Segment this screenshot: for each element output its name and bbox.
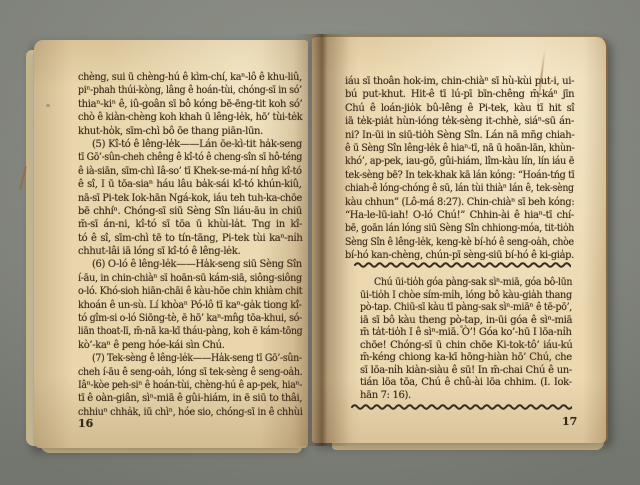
text-line: nā-sī Pi-tek Iok-hān Ngá-kok, iáu teh tu… bbox=[78, 192, 302, 205]
text-line: bú put-khut. Hit-ê tī lú-pī bīn-chêng m̄… bbox=[345, 88, 574, 101]
page-number-left: 16 bbox=[78, 417, 93, 430]
text-line: Iâⁿ-kòe peh-siⁿ ê hoán-tùi, chèng-hú ê a… bbox=[78, 379, 302, 392]
left-page: chèng, sui ū chèng-hú ê kìm-chí, kaⁿ-lô … bbox=[34, 40, 308, 448]
text-line: iáu sī thoân hok-im, chin-chiàⁿ sī hù-kù… bbox=[345, 75, 574, 88]
text-line: chōe! Chóng-sī ū chin chōe Ki-tok-tô’ iá… bbox=[360, 340, 572, 353]
left-page-text: chèng, sui ū chèng-hú ê kìm-chí, kaⁿ-lô … bbox=[78, 71, 302, 419]
text-line: o-ló. Khó-sioh hiān-chāi ê kàu-hōe chin … bbox=[78, 285, 302, 298]
text-line: kàu chhun” (Lô-má 8:27). Chin-chiàⁿ sī b… bbox=[345, 196, 574, 209]
text-line: (5) Kî-tó ê lêng-le̍k——Lán ōe-kì-tit ha̍… bbox=[78, 138, 302, 151]
text-line: Chú ê loán-jio̍k bû-lêng ê Pi-tek, kàu t… bbox=[345, 102, 574, 115]
text-line: tó ê sî, sīm-chì tē to tín-tāng, Pi-tek … bbox=[78, 232, 302, 245]
text-line: khut-ho̍k, sīm-chì bô ōe thang piān-lūn. bbox=[78, 125, 302, 138]
paragraph: (5) Kî-tó ê lêng-le̍k——Lán ōe-kì-tit ha̍… bbox=[78, 138, 302, 259]
paragraph: (6) O-ló ê lêng-le̍k——Ha̍k-seng siū Sèng… bbox=[78, 258, 302, 352]
page-number-right: 17 bbox=[562, 415, 577, 428]
text-line: í-āu, in chin-chiàⁿ sī hoān-sū kám-siā, … bbox=[78, 272, 302, 285]
text-line: “Ha-le-lū-iah! O-ló Chú!” Chhin-ài ê hia… bbox=[345, 209, 574, 222]
text-line: piⁿ-phah thúi-kòng, lâng ê hoán-tùi, chó… bbox=[78, 84, 302, 97]
right-page: iáu sī thoân hok-im, chin-chiàⁿ sī hù-kù… bbox=[312, 36, 608, 443]
text-line: bē, goān lán lóng siū Sèng Sîn chhiong-m… bbox=[345, 222, 574, 235]
text-line: Sèng Sîn ê lêng-le̍k, keng-kè bí-hó ê se… bbox=[345, 236, 574, 249]
text-line: m̄ ta̍t-tio̍h I ê sìⁿ-miā. Ò’! Góa ko’-h… bbox=[360, 327, 572, 340]
text-line: hān 7: 16). bbox=[360, 390, 572, 403]
text-line: m̄-sī án-ni, kî-tó sī tōa ū khùi-la̍t. T… bbox=[78, 218, 302, 231]
text-line: tī ê oàn-giân, sìⁿ-miā ê gûi-hiám, in ē … bbox=[78, 392, 302, 405]
text-line: ê ū Sèng Sîn lêng-le̍k ê hiaⁿ-tī, nā ū h… bbox=[345, 142, 574, 155]
text-line: bē chhíⁿ. Chóng-sī siū Sèng Sîn liáu-āu … bbox=[78, 205, 302, 218]
text-line: ūi-tio̍h I chòe sím-mi̍h, lóng bô kàu-gi… bbox=[360, 290, 572, 303]
text-line: (7) Tek-sèng ê lêng-le̍k——Ha̍k-seng tī G… bbox=[78, 352, 302, 365]
text-line: tó gîm-si o-ló Siōng-tè, ē hō’ kaⁿ-mn̂g … bbox=[78, 312, 302, 325]
text-line: ê ià-siān, sīm-chì Iâ-so’ tī Khek-se-má-… bbox=[78, 165, 302, 178]
text-line: kò’-kaⁿ ê peng hóe-kái sìn Chú. bbox=[78, 339, 302, 352]
text-line: pò-tap. Chiū-sī kàu tī pàng-sak sìⁿ-miāⁿ… bbox=[360, 302, 572, 315]
paper-speck bbox=[46, 104, 50, 107]
text-line: tek-sèng bē? In tek-khak kā lán kóng: “H… bbox=[345, 169, 574, 182]
text-line: chiah-ê lóng-chóng ê sū, lán tùi thiàⁿ l… bbox=[345, 182, 574, 195]
text-line: chhut-lâi iā lóng sī kî-tó ê lêng-le̍k. bbox=[78, 245, 302, 258]
paragraph: chèng, sui ū chèng-hú ê kìm-chí, kaⁿ-lô … bbox=[78, 71, 302, 138]
paragraph: iáu sī thoân hok-im, chin-chiàⁿ sī hù-kù… bbox=[345, 75, 574, 262]
text-line: thiaⁿ-kiⁿ ê, iû-goân sī bô kóng bē-ēng-t… bbox=[78, 98, 302, 111]
text-line: chhiuⁿ chha̍k, iū chìⁿ, hóe sio, chóng-s… bbox=[78, 406, 302, 419]
quote-block-text: Chú ūi-tio̍h góa pàng-sak sìⁿ-miā, góa b… bbox=[360, 277, 572, 402]
text-line: khoán ê un-sù. Lí khòaⁿ Pó-lô tī kaⁿ-ga̍… bbox=[78, 299, 302, 312]
wavy-divider-bottom bbox=[351, 403, 572, 411]
paragraph: Chú ūi-tio̍h góa pàng-sak sìⁿ-miā, góa b… bbox=[360, 277, 572, 402]
wavy-divider-top bbox=[354, 261, 571, 269]
text-line: cheh í-āu ê seng-oa̍h, lóng sī tek-sèng … bbox=[78, 366, 302, 379]
text-line: tī Gō’-sûn-cheh chêng ê kî-tó ê cheng-sî… bbox=[78, 151, 302, 164]
text-line: ni? In-ūi in siū-tio̍h Sèng Sîn. Lán nā … bbox=[345, 129, 574, 142]
text-line: tián lōa tōa, Chú ê chû-ài lōa chhim. (I… bbox=[360, 377, 572, 390]
text-line: liān thoat-lī, m̄-nā ka-kī tháu-pàng, ko… bbox=[78, 325, 302, 338]
book-scan: chèng, sui ū chèng-hú ê kìm-chí, kaⁿ-lô … bbox=[0, 0, 640, 485]
text-line: khó’, ap-pek, iau-gō, gûi-hiám, lîm-kàu … bbox=[345, 155, 574, 168]
text-line: iā sī bô kàu theng pò-tap, in-ūi góa ê s… bbox=[360, 315, 572, 328]
text-line: Chú ūi-tio̍h góa pàng-sak sìⁿ-miā, góa b… bbox=[360, 277, 572, 290]
right-page-text: iáu sī thoân hok-im, chin-chiàⁿ sī hù-kù… bbox=[345, 75, 574, 262]
text-line: sī lōa-ni̍h kiàn-siàu ê sū! In m̄-chai C… bbox=[360, 365, 572, 378]
text-line: m̄-kéng chiong ka-kī hōng-hiàn hō’ Chú, … bbox=[360, 352, 572, 365]
paragraph: (7) Tek-sèng ê lêng-le̍k——Ha̍k-seng tī G… bbox=[78, 352, 302, 419]
text-line: (6) O-ló ê lêng-le̍k——Ha̍k-seng siū Sèng… bbox=[78, 258, 302, 271]
text-line: iā te̍k-pia̍t hùn-ióng te̍k-sèng it-chhè… bbox=[345, 115, 574, 128]
text-line: chò ê kiàn-chèng koh khah ū lêng-le̍k, h… bbox=[78, 111, 302, 124]
text-line: ê sî, I ū tōa-siaⁿ háu lâu ba̍k-sái kî-t… bbox=[78, 178, 302, 191]
text-line: chèng, sui ū chèng-hú ê kìm-chí, kaⁿ-lô … bbox=[78, 71, 302, 84]
